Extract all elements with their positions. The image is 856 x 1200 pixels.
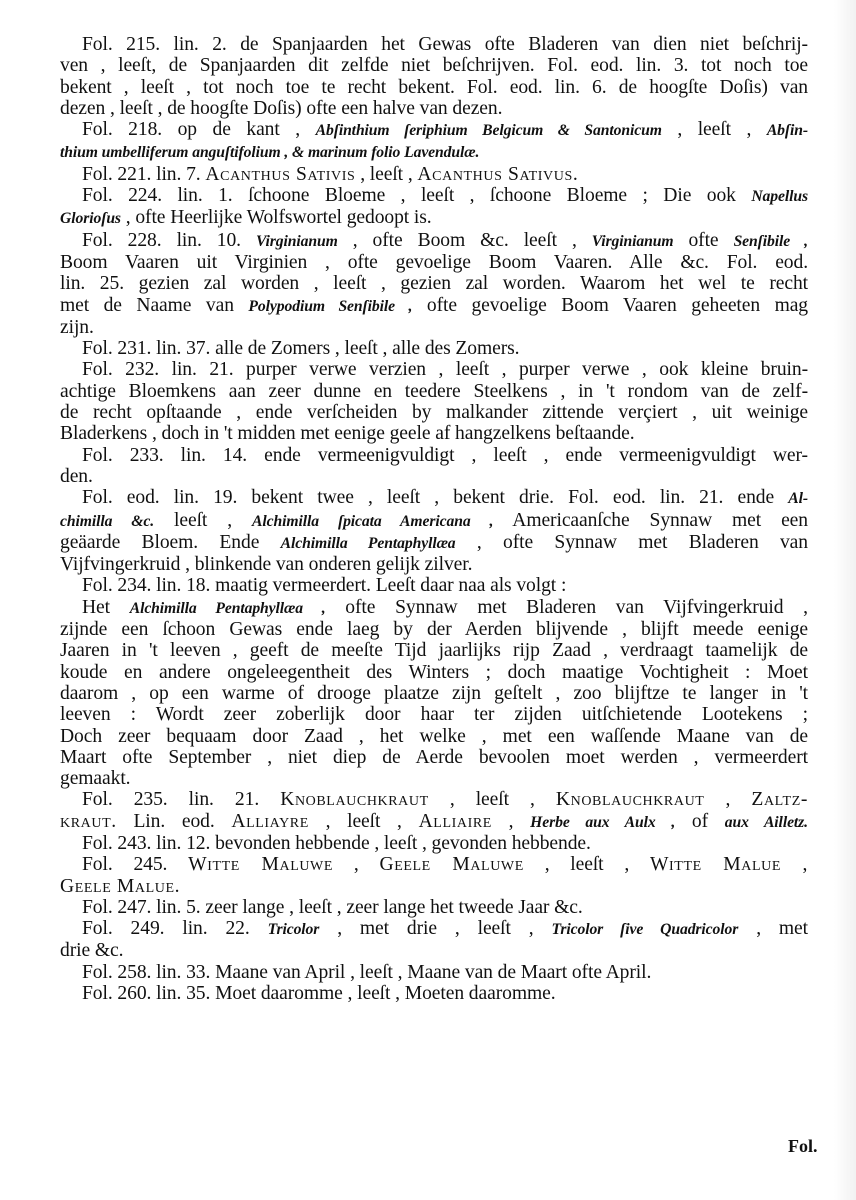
text-run: drie &c. [60, 940, 123, 961]
text-run: ofte [673, 230, 733, 251]
text-run: zijnde een ſchoon Gewas ende laeg by der… [60, 619, 808, 640]
small-caps-text: Alliaire [419, 811, 492, 832]
text-line: Geele Malue. [60, 876, 808, 897]
text-run: daarom , op een warme of drooge plaatze … [60, 683, 808, 704]
text-line: Fol. 234. lin. 18. maatig vermeerdert. L… [60, 575, 808, 596]
text-line: lin. 25. gezien zal worden , leeſt , gez… [60, 273, 808, 294]
italic-text: Abſin- [767, 122, 808, 139]
text-run: leeven : Wordt zeer zoberlijk door haar … [60, 704, 808, 725]
text-run: Fol. 258. lin. 33. Maane van April , lee… [82, 962, 651, 983]
text-run: Fol. 233. lin. 14. ende vermeenigvuldigt… [82, 445, 808, 466]
text-run: Het [82, 597, 130, 618]
text-run: Fol. eod. lin. 19. bekent twee , leeſt ,… [82, 487, 788, 508]
text-line: Fol. 243. lin. 12. bevonden hebbende , l… [60, 833, 808, 854]
text-run: dezen , leeſt , de hoogſte Doſis) ofte e… [60, 98, 502, 119]
text-line: Fol. 258. lin. 33. Maane van April , lee… [60, 962, 808, 983]
small-caps-text: Geele Malue. [60, 876, 180, 897]
italic-text: Tricolor ſive Quadricolor [551, 921, 738, 938]
italic-text: chimilla &c. [60, 513, 154, 530]
text-line: Jaaren in 't leeven , geeft de meeſte Ti… [60, 640, 808, 661]
small-caps-text: Witte Maluwe [188, 854, 333, 875]
text-line: zijn. [60, 317, 808, 338]
italic-text: Tricolor [268, 921, 320, 938]
text-run: Fol. 228. lin. 10. [82, 230, 256, 251]
text-run: Fol. 218. op de kant , [82, 119, 316, 140]
italic-text: Alchimilla Pentaphyllæa , [130, 600, 326, 617]
small-caps-text: Alliayre [231, 811, 309, 832]
text-line: dezen , leeſt , de hoogſte Doſis) ofte e… [60, 98, 808, 119]
italic-text: Virginianum [592, 233, 674, 250]
text-run: Lin. eod. [117, 811, 232, 832]
text-line: leeven : Wordt zeer zoberlijk door haar … [60, 704, 808, 725]
text-line: Vijfvingerkruid , blinkende van onderen … [60, 554, 808, 575]
text-run: Fol. 231. lin. 37. alle de Zomers , leeſ… [82, 338, 519, 359]
text-line: Fol. 245. Witte Maluwe , Geele Maluwe , … [60, 854, 808, 875]
text-line: zijnde een ſchoon Gewas ende laeg by der… [60, 619, 808, 640]
italic-text: Alchimilla Pentaphyllæa [281, 535, 456, 552]
text-run: Fol. 224. lin. 1. ſchoone Bloeme , leeſt… [82, 185, 751, 206]
text-run: Doch zeer bequaam door Zaad , het welke … [60, 726, 808, 747]
text-line: chimilla &c. leeſt , Alchimilla ſpicata … [60, 510, 808, 532]
text-run: Fol. 221. lin. 7. [82, 164, 205, 185]
text-run: leeſt , [154, 510, 252, 531]
small-caps-text: Acanthus Sativis [205, 164, 355, 185]
text-line: thium umbelliferum anguſtifolium , & mar… [60, 141, 808, 163]
text-run: , [704, 789, 751, 810]
text-run: ven , leeſt, de Spanjaarden dit zelfde n… [60, 55, 808, 76]
text-run: Fol. 232. lin. 21. purper verwe verzien … [82, 359, 808, 380]
text-line: Fol. 249. lin. 22. Tricolor , met drie ,… [60, 918, 808, 940]
text-run: den. [60, 466, 93, 487]
text-line: achtige Bloemkens aan zeer dunne en teed… [60, 381, 808, 402]
italic-text: Glorioſus [60, 210, 121, 227]
text-line: geäarde Bloem. Ende Alchimilla Pentaphyl… [60, 532, 808, 554]
text-line: Fol. 233. lin. 14. ende vermeenigvuldigt… [60, 445, 808, 466]
errata-text-block: Fol. 215. lin. 2. de Spanjaarden het Gew… [60, 34, 808, 1004]
page-edge-shadow [834, 0, 856, 1200]
text-line: koude en andere ongeleegentheit des Wint… [60, 662, 808, 683]
text-line: den. [60, 466, 808, 487]
italic-text: Al- [788, 490, 808, 507]
small-caps-text: Knoblauchkraut [556, 789, 705, 810]
text-line: gemaakt. [60, 768, 808, 789]
text-line: Fol. 228. lin. 10. Virginianum , ofte Bo… [60, 230, 808, 252]
text-line: bekent , leeſt , tot noch toe te recht b… [60, 77, 808, 98]
text-run: Jaaren in 't leeven , geeft de meeſte Ti… [60, 640, 808, 661]
text-line: Doch zeer bequaam door Zaad , het welke … [60, 726, 808, 747]
italic-text: Alchimilla ſpicata Americana , [252, 513, 493, 530]
text-run: Fol. 235. lin. 21. [82, 789, 280, 810]
text-line: Fol. 221. lin. 7. Acanthus Sativis , lee… [60, 164, 808, 185]
text-run: Fol. 247. lin. 5. zeer lange , leeſt , z… [82, 897, 583, 918]
text-line: Fol. 215. lin. 2. de Spanjaarden het Gew… [60, 34, 808, 55]
text-line: Fol. 218. op de kant , Abſinthium ſeriph… [60, 119, 808, 141]
text-run: , met drie , leeſt , [319, 918, 551, 939]
italic-text: aux Ailletz. [725, 814, 808, 831]
small-caps-text: Knoblauchkraut [280, 789, 429, 810]
text-run: koude en andere ongeleegentheit des Wint… [60, 662, 808, 683]
text-run: Bladerkens , doch in 't midden met eenig… [60, 423, 635, 444]
text-run: Maart ofte September , niet diep de Aerd… [60, 747, 808, 768]
small-caps-text: Geele Maluwe [379, 854, 523, 875]
italic-text: Napellus [751, 188, 808, 205]
text-run: , leeſt , [429, 789, 556, 810]
text-line: Bladerkens , doch in 't midden met eenig… [60, 423, 808, 444]
italic-text: Senſibile , [734, 233, 808, 250]
text-line: Fol. 235. lin. 21. Knoblauchkraut , leeſ… [60, 789, 808, 810]
text-run: ofte gevoelige Boom Vaaren geheeten mag [412, 295, 808, 316]
text-run: achtige Bloemkens aan zeer dunne en teed… [60, 381, 808, 402]
text-line: met de Naame van Polypodium Senſibile , … [60, 295, 808, 317]
text-run: de recht opſtaande , ende verſcheiden by… [60, 402, 808, 423]
small-caps-text: Witte Malue , [650, 854, 808, 875]
text-line: Fol. eod. lin. 19. bekent twee , leeſt ,… [60, 487, 808, 509]
text-run: , met [738, 918, 808, 939]
small-caps-text: Acanthus Sativus. [417, 164, 578, 185]
text-run: , ofte Boom &c. leeſt , [338, 230, 592, 251]
text-line: drie &c. [60, 940, 808, 961]
text-run: Fol. 215. lin. 2. de Spanjaarden het Gew… [82, 34, 808, 55]
text-line: Maart ofte September , niet diep de Aerd… [60, 747, 808, 768]
small-caps-text: kraut. [60, 811, 117, 832]
text-run: gemaakt. [60, 768, 130, 789]
text-run: met de Naame van [60, 295, 248, 316]
text-line: Fol. 224. lin. 1. ſchoone Bloeme , leeſt… [60, 185, 808, 207]
text-run: zijn. [60, 317, 94, 338]
text-run: , leeſt , [309, 811, 419, 832]
text-line: Glorioſus , ofte Heerlijke Wolfswortel g… [60, 207, 808, 229]
text-run: Vijfvingerkruid , blinkende van onderen … [60, 554, 472, 575]
text-run: Fol. 243. lin. 12. bevonden hebbende , l… [82, 833, 591, 854]
text-run: , leeſt , [355, 164, 417, 185]
text-run: , leeſt , [524, 854, 650, 875]
text-run: , [333, 854, 379, 875]
text-run: Americaanſche Synnaw met een [493, 510, 808, 531]
text-run: Fol. 249. lin. 22. [82, 918, 268, 939]
text-line: Het Alchimilla Pentaphyllæa , ofte Synna… [60, 597, 808, 619]
italic-text: Herbe aux Aulx , [530, 814, 675, 831]
text-line: kraut. Lin. eod. Alliayre , leeſt , Alli… [60, 811, 808, 833]
text-run: of [675, 811, 725, 832]
text-run: , [492, 811, 530, 832]
text-run: , ofte Synnaw met Bladeren van [456, 532, 808, 553]
text-run: Fol. 245. [82, 854, 188, 875]
text-run: , leeſt , [662, 119, 767, 140]
italic-text: Virginianum [256, 233, 338, 250]
text-run: geäarde Bloem. Ende [60, 532, 281, 553]
text-run: , ofte Heerlijke Wolfswortel gedoopt is. [121, 207, 432, 228]
text-run: Fol. 260. lin. 35. Moet daaromme , leeſt… [82, 983, 556, 1004]
text-line: daarom , op een warme of drooge plaatze … [60, 683, 808, 704]
text-line: de recht opſtaande , ende verſcheiden by… [60, 402, 808, 423]
small-caps-text: Zaltz- [751, 789, 808, 810]
text-run: ofte Synnaw met Bladeren van Vijfvingerk… [326, 597, 808, 618]
italic-text: Polypodium Senſibile , [248, 298, 412, 315]
text-line: Fol. 247. lin. 5. zeer lange , leeſt , z… [60, 897, 808, 918]
catchword: Fol. [788, 1136, 818, 1157]
text-run: lin. 25. gezien zal worden , leeſt , gez… [60, 273, 808, 294]
text-line: Fol. 231. lin. 37. alle de Zomers , leeſ… [60, 338, 808, 359]
text-run: bekent , leeſt , tot noch toe te recht b… [60, 77, 808, 98]
text-line: Fol. 232. lin. 21. purper verwe verzien … [60, 359, 808, 380]
text-line: ven , leeſt, de Spanjaarden dit zelfde n… [60, 55, 808, 76]
text-line: Boom Vaaren uit Virginien , ofte gevoeli… [60, 252, 808, 273]
italic-text: thium umbelliferum anguſtifolium , & mar… [60, 144, 479, 161]
text-line: Fol. 260. lin. 35. Moet daaromme , leeſt… [60, 983, 808, 1004]
text-run: Fol. 234. lin. 18. maatig vermeerdert. L… [82, 575, 566, 596]
text-run: Boom Vaaren uit Virginien , ofte gevoeli… [60, 252, 808, 273]
italic-text: Abſinthium ſeriphium Belgicum & Santonic… [316, 122, 662, 139]
